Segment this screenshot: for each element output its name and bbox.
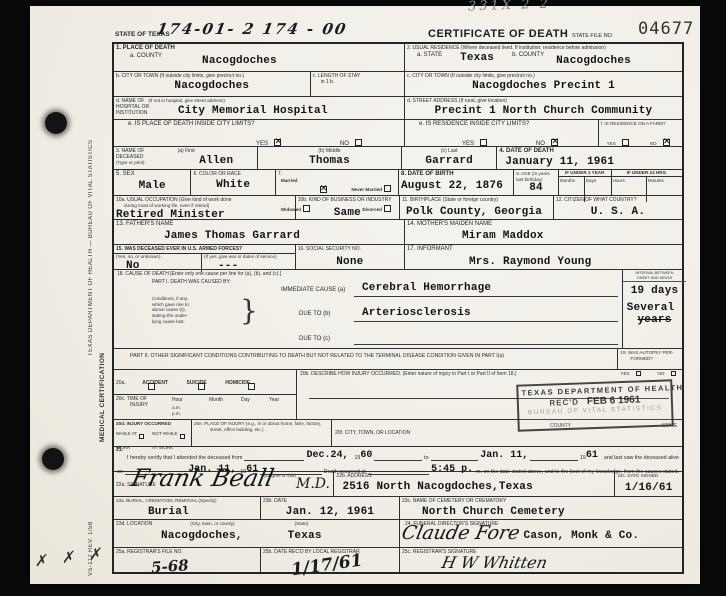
- registrar-signature-value: H W Whitten: [440, 553, 549, 572]
- homicide-checkbox: [248, 383, 255, 390]
- cause-of-death-label: 18. CAUSE OF DEATH [Enter only one cause…: [117, 271, 281, 277]
- dob-label: 8. DATE OF BIRTH: [401, 171, 511, 178]
- residence-city-no-checkbox: ✕: [551, 139, 558, 146]
- day-label: Day: [241, 397, 250, 403]
- attended-from-date: Dec.24,: [306, 450, 348, 461]
- date-of-death-value: January 11, 1961: [505, 156, 680, 168]
- sex-label: 5. SEX: [116, 171, 188, 178]
- cemetery-label: 23c. NAME OF CEMETERY OR CREMATORY: [402, 498, 680, 504]
- married-checkbox: ✕: [320, 186, 327, 193]
- location-city-value: Nacogdoches,: [161, 530, 243, 542]
- race-value: White: [193, 179, 272, 191]
- residence-city-label: c. CITY OR TOWN (If outside city limits,…: [407, 73, 680, 79]
- residence-county-value: Nacogdoches: [556, 55, 631, 67]
- middle-name-value: Thomas: [260, 155, 399, 167]
- race-label: 6. COLOR OR RACE: [193, 171, 272, 177]
- age-label-1: 9. AGE (in years: [516, 171, 556, 177]
- residence-state-label: a. STATE: [417, 52, 442, 59]
- street-address-value: Precint 1 North Church Community: [407, 105, 680, 117]
- suicide-checkbox: [198, 383, 205, 390]
- never-married-checkbox: [384, 185, 391, 192]
- business-value: Same: [298, 207, 397, 219]
- first-name-label: (a) First: [178, 148, 255, 154]
- part1-label: PART I. DEATH WAS CAUSED BY:: [152, 279, 231, 285]
- residence-county-label: b. COUNTY: [512, 52, 544, 59]
- place-of-injury-label-1: 20e. PLACE OF INJURY (e.g., in or about …: [194, 421, 329, 427]
- citizen-label: 12. CITIZEN OF WHAT COUNTRY?: [556, 197, 680, 203]
- informant-label: 17. INFORMANT: [407, 246, 680, 253]
- date-of-death-label: 4. DATE OF DEATH: [499, 148, 680, 155]
- punch-hole-top: [45, 112, 67, 134]
- physician-degree: M.D.: [296, 476, 330, 492]
- address-value: 2516 North Nacogdoches,Texas: [342, 481, 612, 493]
- hour-label: Hour: [172, 397, 183, 403]
- first-name-value: Allen: [178, 155, 255, 167]
- farm-yes-checkbox: [622, 139, 629, 146]
- street-address-label: d. STREET ADDRESS (If rural, give locati…: [407, 98, 680, 104]
- am-label: a.m.: [172, 405, 181, 411]
- cemetery-value: North Church Cemetery: [422, 506, 680, 518]
- injury-city-label: 20f. CITY, TOWN, OR LOCATION: [335, 430, 410, 436]
- part2-label: PART II. OTHER SIGNIFICANT CONDITIONS CO…: [130, 353, 615, 359]
- certify-text-1: I hereby certify that I attended the dec…: [127, 455, 242, 461]
- middle-name-label: (b) Middle: [260, 148, 399, 154]
- due-to-b-value: Arteriosclerosis: [362, 307, 471, 319]
- accident-label: ACCIDENT: [142, 380, 168, 386]
- if-under-1-year-label: IF UNDER 1 YEAR: [559, 170, 611, 177]
- ssn-label: 16. SOCIAL SECURITY NO.: [298, 246, 402, 252]
- last-name-value: Garrard: [404, 155, 494, 167]
- date-signed-value: 1/16/61: [617, 482, 680, 494]
- place-of-injury-label-2: street, office building, etc.): [210, 427, 329, 433]
- burial-value: Burial: [148, 506, 258, 518]
- residence-city-value: Nacogdoches Precint 1: [407, 80, 680, 92]
- due-to-b-label: DUE TO (b): [299, 311, 330, 318]
- length-of-stay-sub: in 1 b.: [321, 79, 402, 85]
- father-name-label: 13. FATHER'S NAME: [116, 221, 402, 228]
- certify-text-2: and last saw the deceased alive: [604, 455, 679, 461]
- due-to-c-label: DUE TO (c): [299, 336, 330, 343]
- location-label: 23d. LOCATION: [116, 521, 152, 527]
- while-at-work-checkbox: [139, 434, 144, 439]
- injury-20a-number: 20a.: [116, 380, 126, 386]
- city-label: b. CITY OR TOWN (If outside city limits,…: [116, 73, 308, 79]
- last-name-label: (c) Last: [404, 148, 494, 154]
- not-while-at-work-label-1: NOT WHILE: [152, 431, 177, 437]
- informant-value: Mrs. Raymond Young: [469, 256, 680, 268]
- address-label: 22b. ADDRESS: [336, 473, 612, 479]
- burial-date-value: Jan. 12, 1961: [263, 506, 397, 518]
- birthplace-value: Polk County, Georgia: [406, 206, 551, 218]
- farm-yes-label: YES: [607, 141, 616, 146]
- while-at-work-label-1: WHILE AT: [116, 431, 137, 437]
- physician-signature: Frank Beall: [129, 464, 277, 492]
- interval-b-value-1: Several: [615, 302, 686, 314]
- mother-name-label: 14. MOTHER'S MAIDEN NAME: [407, 221, 680, 228]
- county-value: Nacogdoches: [202, 55, 277, 67]
- accident-checkbox: [148, 383, 155, 390]
- interval-a-value: 19 days: [623, 285, 686, 297]
- mother-name-value: Miram Maddox: [462, 230, 680, 242]
- margin-agency-text: TEXAS DEPARTMENT OF HEALTH — BUREAU OF V…: [88, 100, 94, 356]
- punch-hole-bottom: [42, 448, 64, 470]
- handwritten-file-numbers: 174-01- 2 174 - 00: [155, 20, 349, 38]
- city-value: Nacogdoches: [116, 80, 308, 92]
- attended-to-date: Jan. 11,: [480, 450, 528, 461]
- to-word: to: [424, 455, 428, 461]
- burial-label: 23a. BURIAL, CREMATION, REMOVAL (Specify…: [116, 498, 258, 504]
- autopsy-label-2: FORMED?: [630, 356, 680, 362]
- dob-value: August 22, 1876: [401, 180, 511, 192]
- funeral-director-signature: Claude Fore: [400, 522, 522, 544]
- hospital-value: City Memorial Hospital: [178, 105, 328, 117]
- hospital-label-paren: (If not in hospital, give street address…: [148, 98, 225, 104]
- birthplace-label: 11. BIRTHPLACE (State or foreign country…: [402, 197, 551, 203]
- location-sub1-label: (City, town, or county): [190, 521, 234, 527]
- name-label-3: (Type or print): [116, 160, 174, 166]
- describe-injury-label: 20b. DESCRIBE HOW INJURY OCCURRED. (Ente…: [300, 371, 679, 377]
- death-city-yes-checkbox: ✕: [274, 139, 281, 146]
- pm-label: p.m.: [172, 411, 181, 417]
- registrar-file-value: 5-68: [151, 551, 259, 576]
- injury-occurred-label: 20d. INJURY OCCURRED: [116, 421, 189, 427]
- occupation-value: Retired Minister: [116, 209, 293, 221]
- if-under-24-hrs-label: IF UNDER 24 HRS.: [612, 170, 682, 177]
- date-signed-label: 22c. DATE SIGNED: [617, 473, 680, 479]
- never-married-label: Never Married: [351, 187, 382, 192]
- year-label: Year: [269, 397, 279, 403]
- state-file-number: 04677: [638, 19, 694, 39]
- ssn-value: None: [298, 256, 402, 268]
- certificate-form: 1. PLACE OF DEATH a. COUNTY Nacogdoches …: [112, 42, 684, 574]
- father-name-value: James Thomas Garrard: [164, 230, 402, 242]
- attended-from-year: 60: [360, 450, 372, 461]
- marital-item-number: 7.: [278, 171, 396, 177]
- conditions-note-5: lying cause last.: [152, 319, 244, 325]
- residence-state-value: Texas: [460, 52, 494, 64]
- certify-item-number: 21.: [116, 447, 123, 453]
- farm-no-label: NO: [650, 141, 657, 146]
- citizen-value: U. S. A.: [556, 206, 680, 218]
- location-sub2-label: (State): [295, 521, 309, 527]
- residence-city-yes-checkbox: [480, 139, 487, 146]
- age-value: 84: [516, 182, 556, 194]
- armed-forces-label: 15. WAS DECEASED EVER IN U.S. ARMED FORC…: [114, 245, 295, 254]
- sex-value: Male: [116, 180, 188, 192]
- interval-header-2: ONSET AND DEATH: [623, 276, 686, 281]
- homicide-label: HOMICIDE: [225, 380, 250, 386]
- county-label: a. COUNTY: [130, 53, 162, 67]
- farm-label: f. IS RESIDENCE ON A FARM?: [601, 121, 680, 127]
- not-while-at-work-checkbox: [180, 434, 185, 439]
- attended-to-year: 61: [586, 450, 598, 461]
- scanned-death-certificate: TEXAS DEPARTMENT OF HEALTH — BUREAU OF V…: [0, 0, 726, 596]
- residence-inside-city-label: e. IS RESIDENCE INSIDE CITY LIMITS?: [419, 121, 596, 128]
- married-label: Married: [281, 178, 298, 196]
- death-inside-city-label: e. IS PLACE OF DEATH INSIDE CITY LIMITS?: [128, 121, 402, 128]
- stamp-recd-label: REC'D: [549, 398, 579, 408]
- business-label: 10b. KIND OF BUSINESS OR INDUSTRY: [298, 197, 397, 203]
- conditions-brace: }: [240, 294, 258, 327]
- received-stamp: TEXAS DEPARTMENT OF HEALTH REC'DFEB 6 19…: [516, 379, 674, 431]
- interval-b-value-2: years: [623, 314, 686, 326]
- margin-medical-certification-text: MEDICAL CERTIFICATION: [99, 328, 106, 442]
- section2-label: 2. USUAL RESIDENCE (Where deceased lived…: [407, 45, 680, 51]
- farm-no-checkbox: ✕: [663, 139, 670, 146]
- immediate-cause-value: Cerebral Hemorrhage: [362, 282, 491, 294]
- burial-date-label: 23b. DATE: [263, 498, 397, 504]
- section1-label: 1. PLACE OF DEATH: [116, 45, 402, 52]
- location-state-value: Texas: [288, 530, 322, 542]
- immediate-cause-label: IMMEDIATE CAUSE (a): [281, 287, 345, 294]
- state-file-no-label: STATE FILE NO.: [572, 33, 613, 40]
- death-city-no-checkbox: [355, 139, 362, 146]
- month-label: Month: [209, 397, 223, 403]
- certificate-title: CERTIFICATE OF DEATH: [428, 28, 568, 40]
- armed-forces-sub2-label: (If yes, give war or dates of service): [204, 254, 277, 260]
- autopsy-label-1: 19. WAS AUTOPSY PER-: [620, 350, 680, 356]
- funeral-firm-value: Cason, Monk & Co.: [524, 530, 640, 542]
